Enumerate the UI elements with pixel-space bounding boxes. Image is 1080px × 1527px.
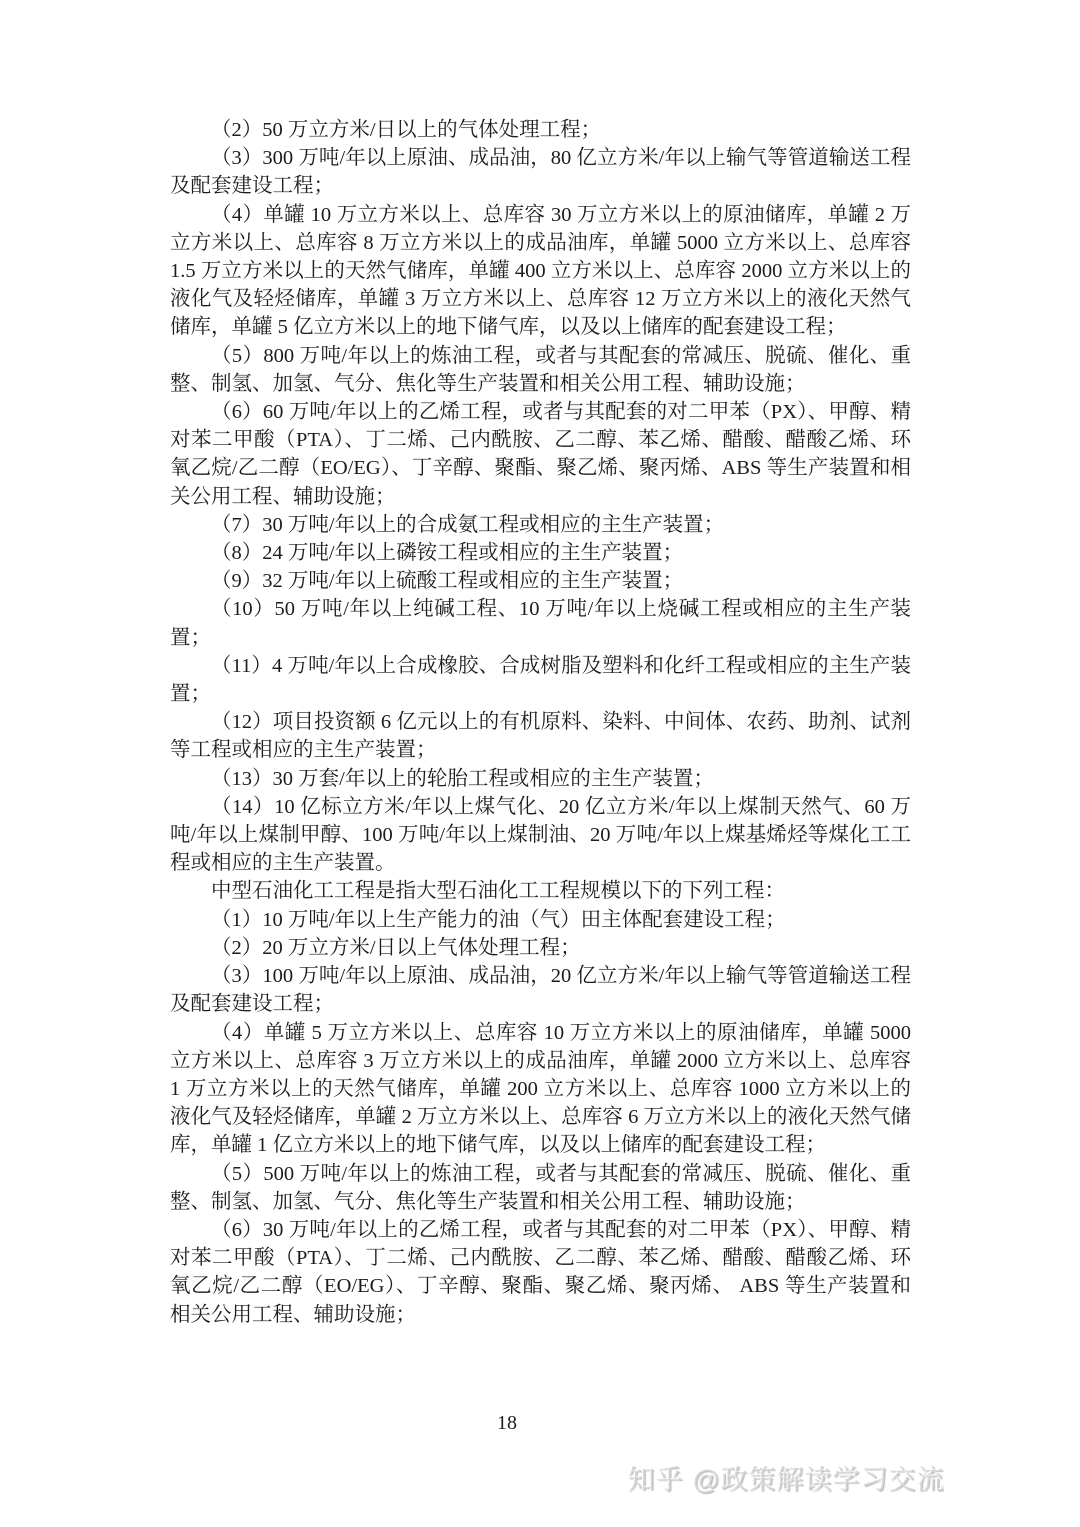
paragraph: （5）800 万吨/年以上的炼油工程，或者与其配套的常减压、脱硫、催化、重整、制… — [170, 342, 911, 398]
paragraph: （2）20 万立方米/日以上气体处理工程； — [170, 934, 911, 962]
paragraph: （4）单罐 5 万立方米以上、总库容 10 万立方米以上的原油储库，单罐 500… — [170, 1019, 911, 1160]
paragraph: （4）单罐 10 万立方米以上、总库容 30 万立方米以上的原油储库，单罐 2 … — [170, 201, 911, 342]
paragraph: （8）24 万吨/年以上磷铵工程或相应的主生产装置； — [170, 539, 911, 567]
paragraph: （11）4 万吨/年以上合成橡胶、合成树脂及塑料和化纤工程或相应的主生产装置； — [170, 652, 911, 708]
document-page: （2）50 万立方米/日以上的气体处理工程；（3）300 万吨/年以上原油、成品… — [0, 0, 1080, 1527]
paragraph: （10）50 万吨/年以上纯碱工程、10 万吨/年以上烧碱工程或相应的主生产装置… — [170, 595, 911, 651]
paragraph: （13）30 万套/年以上的轮胎工程或相应的主生产装置； — [170, 765, 911, 793]
paragraph: （5）500 万吨/年以上的炼油工程，或者与其配套的常减压、脱硫、催化、重整、制… — [170, 1160, 911, 1216]
paragraph: （12）项目投资额 6 亿元以上的有机原料、染料、中间体、农药、助剂、试剂等工程… — [170, 708, 911, 764]
paragraph: （9）32 万吨/年以上硫酸工程或相应的主生产装置； — [170, 567, 911, 595]
paragraph: （3）300 万吨/年以上原油、成品油，80 亿立方米/年以上输气等管道输送工程… — [170, 144, 911, 200]
watermark: 知乎 @政策解读学习交流 — [628, 1458, 945, 1497]
page-number: 18 — [0, 1412, 1014, 1435]
paragraph: （3）100 万吨/年以上原油、成品油，20 亿立方米/年以上输气等管道输送工程… — [170, 962, 911, 1018]
paragraph: （6）30 万吨/年以上的乙烯工程，或者与其配套的对二甲苯（PX）、甲醇、精对苯… — [170, 1216, 911, 1329]
paragraph: （1）10 万吨/年以上生产能力的油（气）田主体配套建设工程； — [170, 906, 911, 934]
paragraph: （7）30 万吨/年以上的合成氨工程或相应的主生产装置； — [170, 511, 911, 539]
paragraph: 中型石油化工工程是指大型石油化工工程规模以下的下列工程： — [170, 877, 911, 905]
paragraph: （2）50 万立方米/日以上的气体处理工程； — [170, 116, 911, 144]
document-body: （2）50 万立方米/日以上的气体处理工程；（3）300 万吨/年以上原油、成品… — [170, 116, 911, 1329]
paragraph: （6）60 万吨/年以上的乙烯工程，或者与其配套的对二甲苯（PX）、甲醇、精对苯… — [170, 398, 911, 511]
paragraph: （14）10 亿标立方米/年以上煤气化、20 亿立方米/年以上煤制天然气、60 … — [170, 793, 911, 878]
